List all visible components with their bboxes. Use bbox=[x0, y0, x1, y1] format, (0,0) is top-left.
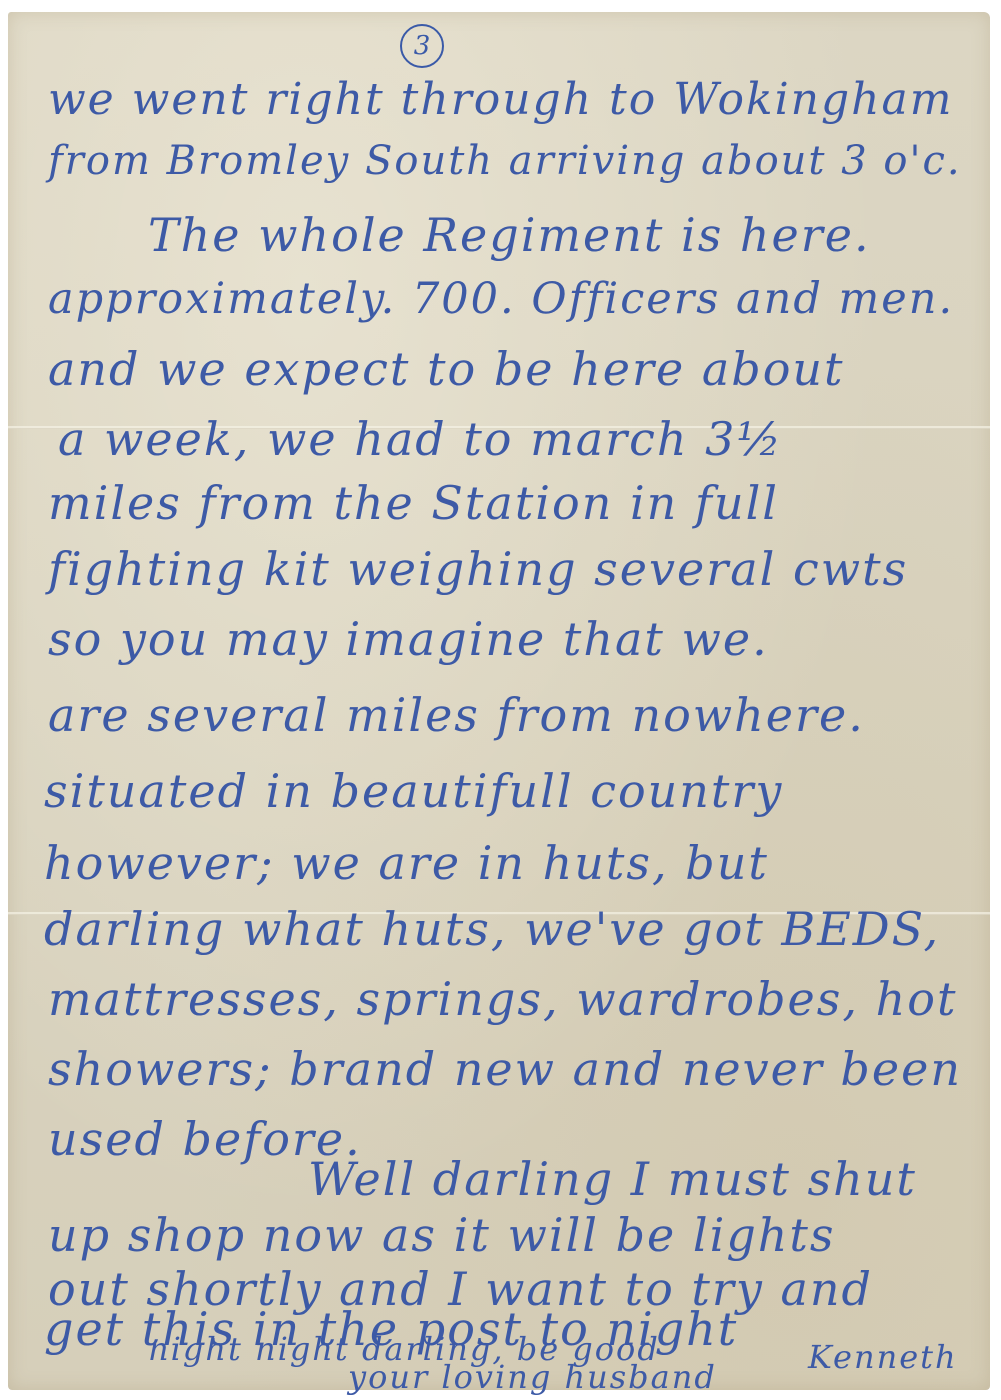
letter-line: The whole Regiment is here. bbox=[148, 208, 871, 262]
letter-page: 3 we went right through to Wokingham fro… bbox=[8, 12, 990, 1390]
letter-line: approximately. 700. Officers and men. bbox=[48, 274, 954, 324]
signature: Kenneth bbox=[808, 1338, 958, 1376]
letter-line: from Bromley South arriving about 3 o'c. bbox=[48, 138, 962, 184]
letter-line: are several miles from nowhere. bbox=[48, 688, 865, 742]
letter-line: mattresses, springs, wardrobes, hot bbox=[48, 972, 957, 1026]
letter-line: situated in beautifull country bbox=[44, 764, 783, 818]
page-number-circle: 3 bbox=[400, 24, 444, 68]
letter-line: Well darling I must shut bbox=[308, 1152, 917, 1206]
letter-line: we went right through to Wokingham bbox=[48, 74, 953, 125]
letter-line: darling what huts, we've got BEDS, bbox=[44, 902, 940, 956]
letter-line: however; we are in huts, but bbox=[44, 836, 769, 890]
letter-line: up shop now as it will be lights bbox=[48, 1208, 836, 1262]
letter-line: miles from the Station in full bbox=[48, 476, 779, 530]
letter-line: a week, we had to march 3½ bbox=[58, 412, 783, 466]
closing-line: your loving husband bbox=[348, 1358, 717, 1396]
letter-line: and we expect to be here about bbox=[48, 342, 845, 396]
letter-line: fighting kit weighing several cwts bbox=[48, 542, 908, 596]
letter-line: so you may imagine that we. bbox=[48, 612, 769, 666]
letter-line: showers; brand new and never been bbox=[48, 1042, 962, 1096]
